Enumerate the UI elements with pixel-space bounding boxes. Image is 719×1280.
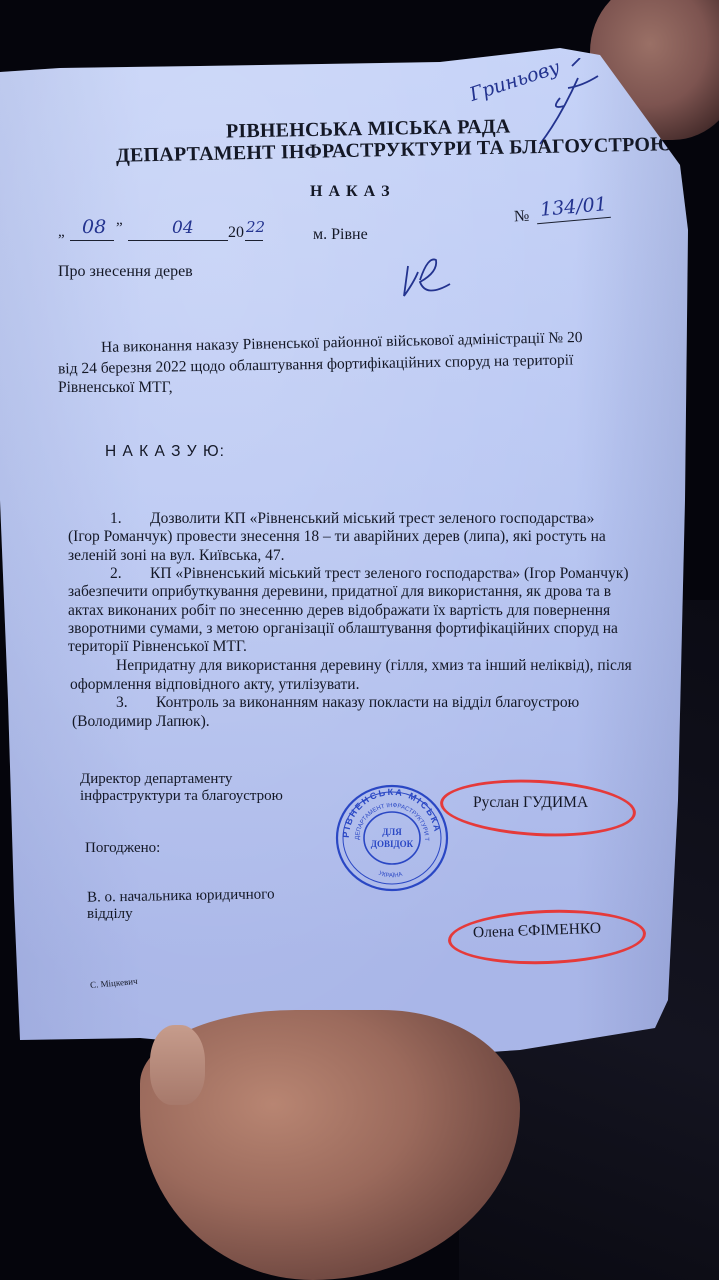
item-2-line-5: території Рівненської МТГ. — [68, 637, 247, 657]
item-1-line-2: (Ігор Романчук) провести знесення 18 – т… — [68, 527, 606, 547]
item-2-line-3: актах виконаних робіт по знесенню дерев … — [68, 601, 610, 621]
approved-label: Погоджено: — [85, 840, 160, 857]
date-day: 08 — [82, 216, 106, 238]
subject-line: Про знесення дерев — [58, 263, 193, 281]
order-word: Н А К А З У Ю: — [105, 443, 225, 461]
date-year-prefix: 20 — [228, 224, 244, 242]
preamble-line-3: Рівненської МТГ, — [58, 378, 173, 398]
signatory-1-title-line-2: інфраструктури та благоустрою — [80, 788, 283, 805]
signatory-2-title-line-2: відділу — [87, 906, 133, 923]
item-2-line-4: зворотними сумами, з метою організації о… — [68, 619, 618, 639]
svg-text:ДОВІДОК: ДОВІДОК — [371, 839, 414, 849]
order-number-label: № — [514, 208, 530, 227]
thumbnail — [150, 1025, 205, 1105]
signatory-2-title-line-1: В. о. начальника юридичного — [87, 886, 275, 906]
date-close-quote: ” — [116, 220, 123, 237]
svg-text:УКРАЇНА: УКРАЇНА — [378, 871, 404, 880]
doc-type-title: Н А К А З — [310, 183, 391, 201]
handwritten-mark — [400, 252, 460, 302]
item-2-line-2: забезпечити оприбуткування деревини, при… — [68, 582, 611, 602]
item-3-line-1: Контроль за виконанням наказу покласти н… — [156, 693, 579, 713]
paragraph-unused-wood-line-2: оформлення відповідного акту, утилізуват… — [70, 675, 359, 695]
item-2-number: 2. — [110, 564, 122, 584]
item-1-line-1: Дозволити КП «Рівненський міський трест … — [150, 509, 594, 529]
paragraph-unused-wood-line-1: Непридатну для використання деревину (гі… — [116, 656, 632, 676]
item-3-line-2: (Володимир Лапюк). — [72, 712, 210, 732]
date-month: 04 — [172, 218, 194, 238]
item-1-number: 1. — [110, 509, 122, 529]
svg-text:ДЛЯ: ДЛЯ — [382, 827, 402, 837]
item-2-line-1: КП «Рівненський міський трест зеленого г… — [150, 564, 629, 584]
city: м. Рівне — [313, 226, 368, 244]
signatory-1-title-line-1: Директор департаменту — [80, 771, 232, 788]
date-open-quote: „ — [58, 224, 65, 241]
item-1-line-3: зеленій зоні на вул. Київська, 47. — [68, 546, 284, 566]
date-year-suffix: 22 — [246, 218, 265, 236]
item-3-number: 3. — [116, 693, 128, 713]
official-stamp: РІВНЕНСЬКА МІСЬКА РАДА ДЕПАРТАМЕНТ ІНФРА… — [333, 782, 451, 894]
